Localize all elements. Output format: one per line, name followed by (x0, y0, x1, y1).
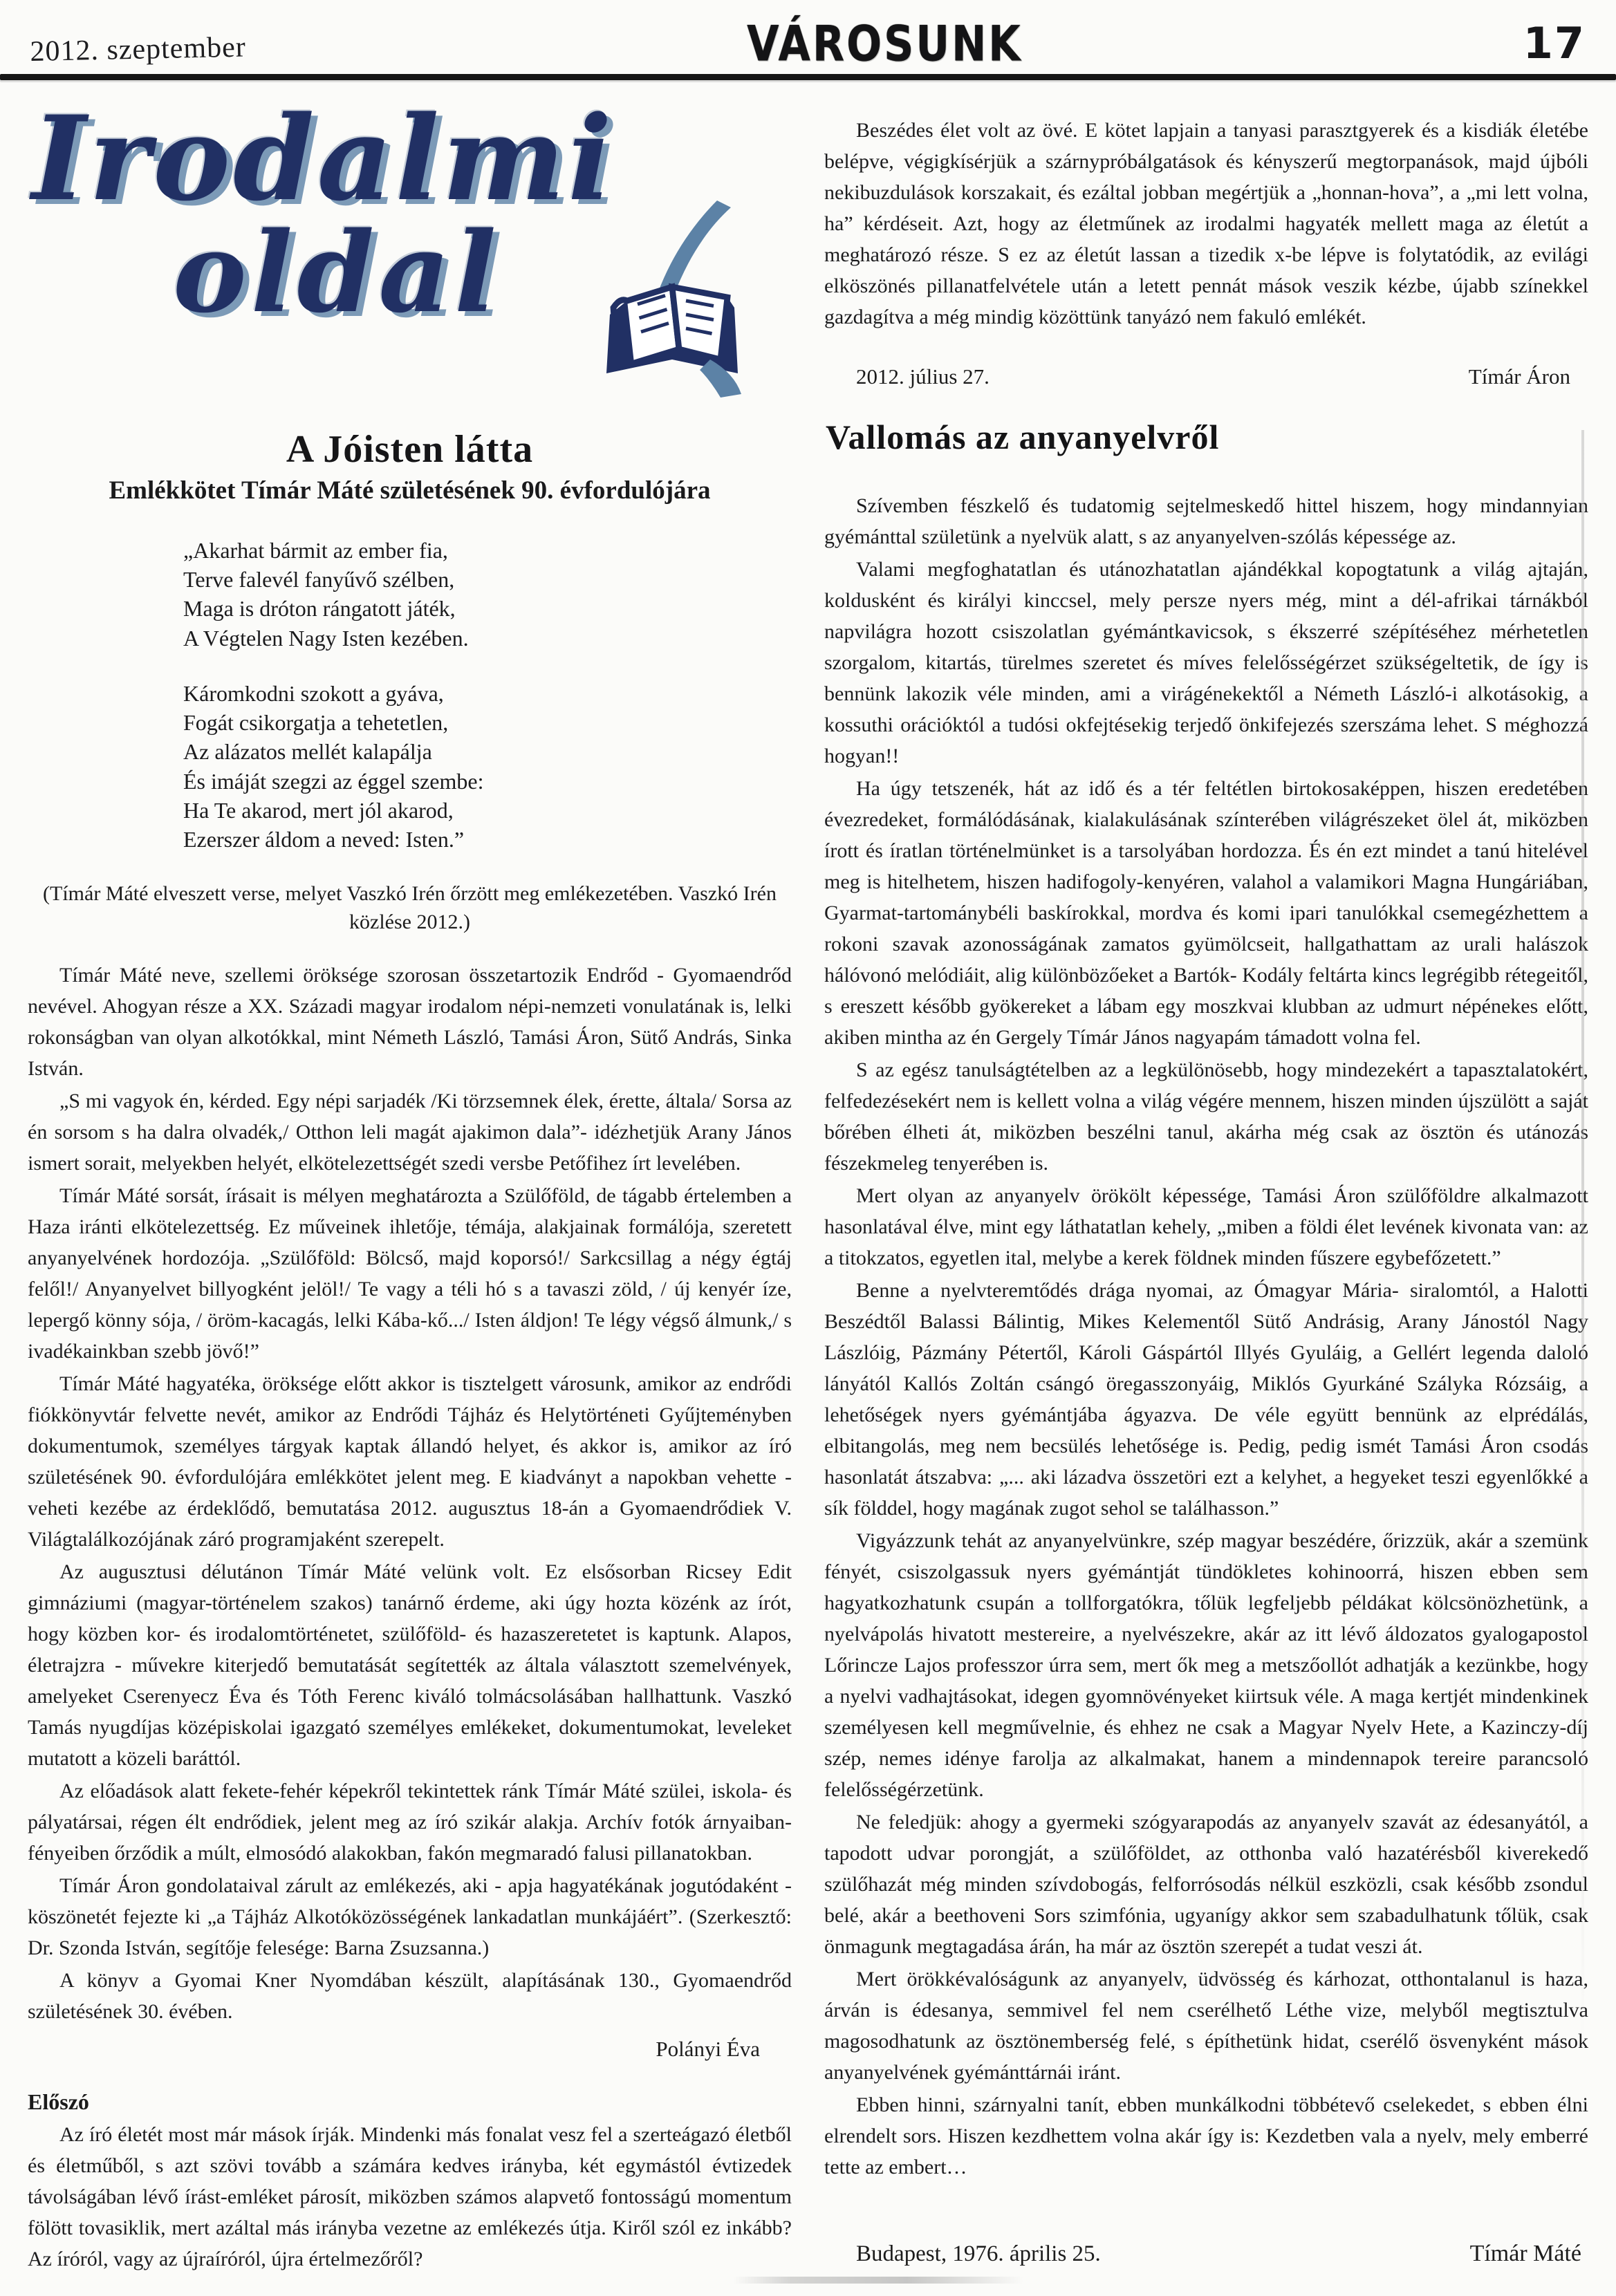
poem-stanza-2: Káromkodni szokott a gyáva, Fogát csikor… (183, 679, 792, 854)
paragraph: Vigyázzunk tehát az anyanyelvünkre, szép… (824, 1525, 1588, 1805)
poem-line: És imáját szegzi az éggel szembe: (183, 767, 792, 796)
left-column: Irodalmi oldal A Jóisten látta Emlékköte… (28, 98, 792, 2275)
poem-line: A Végtelen Nagy Isten kezében. (183, 624, 792, 653)
header-rule (0, 74, 1616, 80)
page-header: 2012. szeptember VÁROSUNK 17 (0, 0, 1616, 73)
poem-line: Maga is dróton rángatott játék, (183, 594, 792, 623)
poem-line: „Akarhat bármit az ember fia, (183, 536, 792, 565)
article-footer: Budapest, 1976. április 25. Tímár Máté (824, 2241, 1588, 2267)
foreword-paragraph: Az író életét most már mások írják. Mind… (28, 2119, 792, 2275)
article-title: A Jóisten látta (28, 427, 792, 472)
page-number: 17 (1523, 18, 1586, 68)
article-subtitle: Emlékkötet Tímár Máté születésének 90. é… (28, 476, 792, 505)
article-body: Tímár Máté neve, szellemi öröksége szoro… (28, 960, 792, 2027)
poem-line: Ha Te akarod, mert jól akarod, (183, 796, 792, 825)
scan-edge-artifact (1581, 430, 1584, 2228)
paragraph: Ha úgy tetszenék, hát az idő és a tér fe… (824, 773, 1588, 1053)
dateline: 2012. július 27. Tímár Áron (824, 364, 1588, 389)
masthead-title: VÁROSUNK (747, 16, 1023, 73)
poem-line: Terve falevél fanyűvő szélben, (183, 565, 792, 594)
paragraph: „S mi vagyok én, kérded. Egy népi sarjad… (28, 1085, 792, 1179)
paragraph: Benne a nyelvteremtődés drága nyomai, az… (824, 1275, 1588, 1524)
paragraph: Tímár Máté hagyatéka, öröksége előtt akk… (28, 1368, 792, 1555)
paragraph: Tímár Áron gondolataival zárult az emlék… (28, 1870, 792, 1963)
paragraph: Az augusztusi délutánon Tímár Máté velün… (28, 1556, 792, 1774)
dateline-author: Tímár Áron (1469, 364, 1588, 389)
paragraph: Ne feledjük: ahogy a gyermeki szógyarapo… (824, 1807, 1588, 1962)
scan-smudge-artifact (733, 2277, 1023, 2284)
paragraph: A könyv a Gyomai Kner Nyomdában készült,… (28, 1965, 792, 2027)
poem-stanza-1: „Akarhat bármit az ember fia, Terve fale… (183, 536, 792, 653)
author-signature: Tímár Máté (1470, 2241, 1588, 2267)
open-book-quill-icon (572, 194, 779, 401)
paragraph: Mert olyan az anyanyelv örökölt képesség… (824, 1180, 1588, 1273)
issue-date: 2012. szeptember (30, 30, 246, 68)
right-column: Beszédes élet volt az övé. E kötet lapja… (824, 98, 1588, 2275)
article-title: Vallomás az anyanyelvről (826, 417, 1588, 457)
foreword-heading: Előszó (28, 2089, 792, 2115)
paragraph: Valami megfoghatatlan és utánozhatatlan … (824, 554, 1588, 772)
poem-line: Az alázatos mellét kalapálja (183, 737, 792, 766)
section-logo: Irodalmi oldal (28, 104, 792, 394)
article-body: Szívemben fészkelő és tudatomig sejtelme… (824, 490, 1588, 2183)
place-date: Budapest, 1976. április 25. (824, 2241, 1101, 2267)
poem-attribution: (Tímár Máté elveszett verse, melyet Vasz… (28, 880, 792, 936)
paragraph: Tímár Máté neve, szellemi öröksége szoro… (28, 960, 792, 1084)
paragraph: Szívemben fészkelő és tudatomig sejtelme… (824, 490, 1588, 552)
paragraph: S az egész tanulságtételben az a legkülö… (824, 1054, 1588, 1179)
paragraph: Ebben hinni, szárnyalni tanít, ebben mun… (824, 2089, 1588, 2183)
author-signature: Polányi Éva (28, 2037, 792, 2062)
paragraph: Az előadások alatt fekete-fehér képekről… (28, 1775, 792, 1869)
poem: „Akarhat bármit az ember fia, Terve fale… (183, 536, 792, 854)
dateline-date: 2012. július 27. (824, 364, 990, 389)
article-jóisten: A Jóisten látta Emlékkötet Tímár Máté sz… (28, 427, 792, 2275)
poem-line: Ezerszer áldom a neved: Isten.” (183, 825, 792, 854)
page-columns: Irodalmi oldal A Jóisten látta Emlékköte… (0, 80, 1616, 2275)
poem-line: Fogát csikorgatja a tehetetlen, (183, 708, 792, 737)
paragraph: Mert örökkévalóságunk az anyanyelv, üdvö… (824, 1963, 1588, 2088)
article-vallomas: Vallomás az anyanyelvről Szívemben fészk… (824, 417, 1588, 2267)
paragraph: Tímár Máté sorsát, írásait is mélyen meg… (28, 1180, 792, 1367)
intro-paragraph: Beszédes élet volt az övé. E kötet lapja… (824, 115, 1588, 333)
poem-line: Káromkodni szokott a gyáva, (183, 679, 792, 708)
